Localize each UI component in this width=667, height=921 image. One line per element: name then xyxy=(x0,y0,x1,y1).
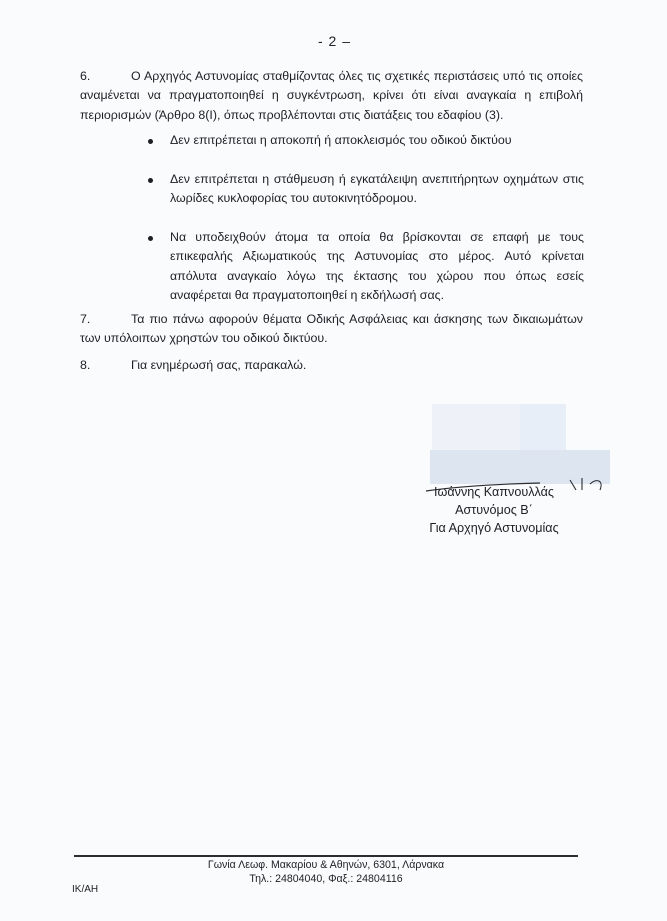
bullet-icon xyxy=(148,236,153,241)
list-item: Να υποδειχθούν άτομα τα οποία θα βρίσκον… xyxy=(148,228,584,305)
footer-address: Γωνία Λεωφ. Μακαρίου & Αθηνών, 6301, Λάρ… xyxy=(74,858,578,886)
paragraph-text: Για ενημέρωσή σας, παρακαλώ. xyxy=(131,358,306,372)
footer-divider xyxy=(74,855,578,857)
redaction-block xyxy=(520,404,566,450)
signatory-rank: Αστυνόμος Β΄ xyxy=(414,501,574,519)
paragraph-number: 6. xyxy=(80,67,131,86)
footer-contact: Τηλ.: 24804040, Φαξ.: 24804116 xyxy=(74,872,578,886)
bullet-icon xyxy=(148,178,153,183)
footer-street: Γωνία Λεωφ. Μακαρίου & Αθηνών, 6301, Λάρ… xyxy=(74,858,578,872)
reference-code: ΙΚ/ΑΗ xyxy=(72,884,98,895)
paragraph-8: 8.Για ενημέρωσή σας, παρακαλώ. xyxy=(80,356,583,375)
bullet-icon xyxy=(148,139,153,144)
paragraph-number: 7. xyxy=(80,310,131,329)
signatory-name: Ιωάννης Καπνουλλάς xyxy=(414,483,574,501)
list-item: Δεν επιτρέπεται η αποκοπή ή αποκλεισμός … xyxy=(148,131,584,150)
paragraph-7: 7.Τα πιο πάνω αφορούν θέματα Οδικής Ασφά… xyxy=(80,310,583,349)
paragraph-text: Ο Αρχηγός Αστυνομίας σταθμίζοντας όλες τ… xyxy=(80,69,583,122)
paragraph-number: 8. xyxy=(80,356,131,375)
list-item-text: Να υποδειχθούν άτομα τα οποία θα βρίσκον… xyxy=(170,230,584,302)
page-number: - 2 – xyxy=(318,33,351,49)
paragraph-text: Τα πιο πάνω αφορούν θέματα Οδικής Ασφάλε… xyxy=(80,312,583,345)
list-item: Δεν επιτρέπεται η στάθμευση ή εγκατάλειψ… xyxy=(148,170,584,209)
signatory-role: Για Αρχηγό Αστυνομίας xyxy=(414,519,574,537)
document-page: - 2 – 6.Ο Αρχηγός Αστυνομίας σταθμίζοντα… xyxy=(0,0,667,921)
paragraph-6: 6.Ο Αρχηγός Αστυνομίας σταθμίζοντας όλες… xyxy=(80,67,583,125)
signatory-block: Ιωάννης Καπνουλλάς Αστυνόμος Β΄ Για Αρχη… xyxy=(414,483,574,537)
list-item-text: Δεν επιτρέπεται η αποκοπή ή αποκλεισμός … xyxy=(170,133,512,147)
list-item-text: Δεν επιτρέπεται η στάθμευση ή εγκατάλειψ… xyxy=(170,172,584,205)
